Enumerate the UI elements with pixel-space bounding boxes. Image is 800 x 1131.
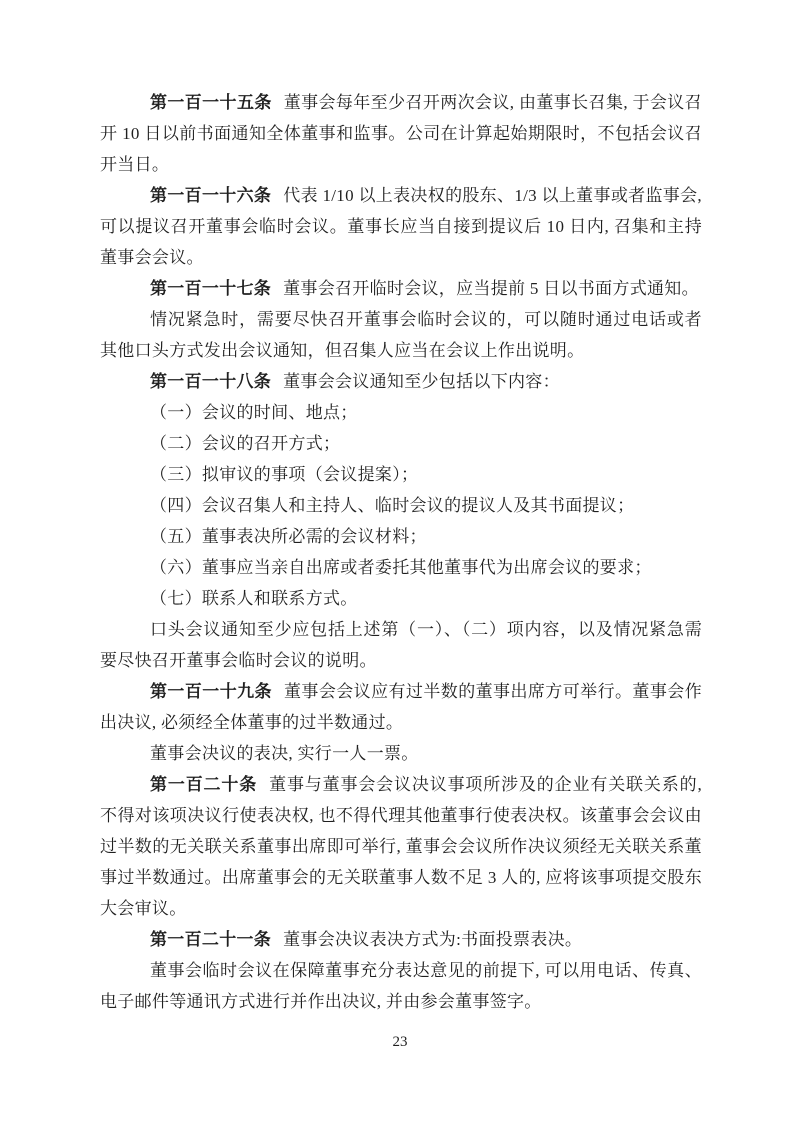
- article-119: 第一百一十九条董事会会议应有过半数的董事出席方可举行。董事会作出决议, 必须经全…: [100, 676, 702, 738]
- article-121: 第一百二十一条董事会决议表决方式为:书面投票表决。: [100, 924, 702, 955]
- list-item-7-text: （七）联系人和联系方式。: [150, 589, 358, 608]
- document-page: 第一百一十五条董事会每年至少召开两次会议, 由董事长召集, 于会议召开 10 日…: [0, 0, 800, 1131]
- paragraph-remote-meeting-text: 董事会临时会议在保障董事充分表达意见的前提下, 可以用电话、传真、电子邮件等通讯…: [100, 961, 702, 1011]
- paragraph-oral-notice: 口头会议通知至少应包括上述第（一）、（二）项内容，以及情况紧急需要尽快召开董事会…: [100, 614, 702, 676]
- article-117-number: 第一百一十七条: [150, 279, 271, 298]
- article-116: 第一百一十六条代表 1/10 以上表决权的股东、1/3 以上董事或者监事会,可以…: [100, 180, 702, 273]
- paragraph-urgent-notice: 情况紧急时，需要尽快召开董事会临时会议的，可以随时通过电话或者其他口头方式发出会…: [100, 304, 702, 366]
- paragraph-one-person-one-vote-text: 董事会决议的表决, 实行一人一票。: [150, 744, 419, 763]
- list-item-6-text: （六）董事应当亲自出席或者委托其他董事代为出席会议的要求；: [150, 558, 652, 577]
- article-120: 第一百二十条董事与董事会会议决议事项所涉及的企业有关联关系的, 不得对该项决议行…: [100, 769, 702, 924]
- article-119-number: 第一百一十九条: [150, 682, 272, 701]
- article-118: 第一百一十八条董事会会议通知至少包括以下内容：: [100, 366, 702, 397]
- list-item-2-text: （二）会议的召开方式；: [150, 434, 340, 453]
- list-item-3-text: （三）拟审议的事项（会议提案）；: [150, 465, 418, 484]
- article-115: 第一百一十五条董事会每年至少召开两次会议, 由董事长召集, 于会议召开 10 日…: [100, 87, 702, 180]
- list-item-3: （三）拟审议的事项（会议提案）；: [100, 459, 702, 490]
- page-number: 23: [0, 1031, 800, 1053]
- list-item-4: （四）会议召集人和主持人、临时会议的提议人及其书面提议；: [100, 490, 702, 521]
- article-121-number: 第一百二十一条: [150, 930, 271, 949]
- page-content: 第一百一十五条董事会每年至少召开两次会议, 由董事长召集, 于会议召开 10 日…: [100, 87, 702, 1017]
- article-120-number: 第一百二十条: [150, 775, 257, 794]
- list-item-6: （六）董事应当亲自出席或者委托其他董事代为出席会议的要求；: [100, 552, 702, 583]
- article-117: 第一百一十七条董事会召开临时会议，应当提前 5 日以书面方式通知。: [100, 273, 702, 304]
- paragraph-oral-notice-text: 口头会议通知至少应包括上述第（一）、（二）项内容，以及情况紧急需要尽快召开董事会…: [100, 620, 702, 670]
- list-item-4-text: （四）会议召集人和主持人、临时会议的提议人及其书面提议；: [150, 496, 634, 515]
- article-115-number: 第一百一十五条: [150, 93, 272, 112]
- article-118-number: 第一百一十八条: [150, 372, 271, 391]
- list-item-7: （七）联系人和联系方式。: [100, 583, 702, 614]
- article-117-text: 董事会召开临时会议，应当提前 5 日以书面方式通知。: [283, 279, 699, 298]
- article-118-text: 董事会会议通知至少包括以下内容：: [283, 372, 560, 391]
- paragraph-urgent-notice-text: 情况紧急时，需要尽快召开董事会临时会议的，可以随时通过电话或者其他口头方式发出会…: [100, 310, 702, 360]
- article-120-text: 董事与董事会会议决议事项所涉及的企业有关联关系的, 不得对该项决议行使表决权, …: [100, 775, 702, 918]
- list-item-5-text: （五）董事表决所必需的会议材料；: [150, 527, 427, 546]
- list-item-5: （五）董事表决所必需的会议材料；: [100, 521, 702, 552]
- list-item-1-text: （一）会议的时间、地点；: [150, 403, 358, 422]
- paragraph-one-person-one-vote: 董事会决议的表决, 实行一人一票。: [100, 738, 702, 769]
- paragraph-remote-meeting: 董事会临时会议在保障董事充分表达意见的前提下, 可以用电话、传真、电子邮件等通讯…: [100, 955, 702, 1017]
- article-116-number: 第一百一十六条: [150, 186, 271, 205]
- list-item-2: （二）会议的召开方式；: [100, 428, 702, 459]
- list-item-1: （一）会议的时间、地点；: [100, 397, 702, 428]
- article-121-text: 董事会决议表决方式为:书面投票表决。: [283, 930, 582, 949]
